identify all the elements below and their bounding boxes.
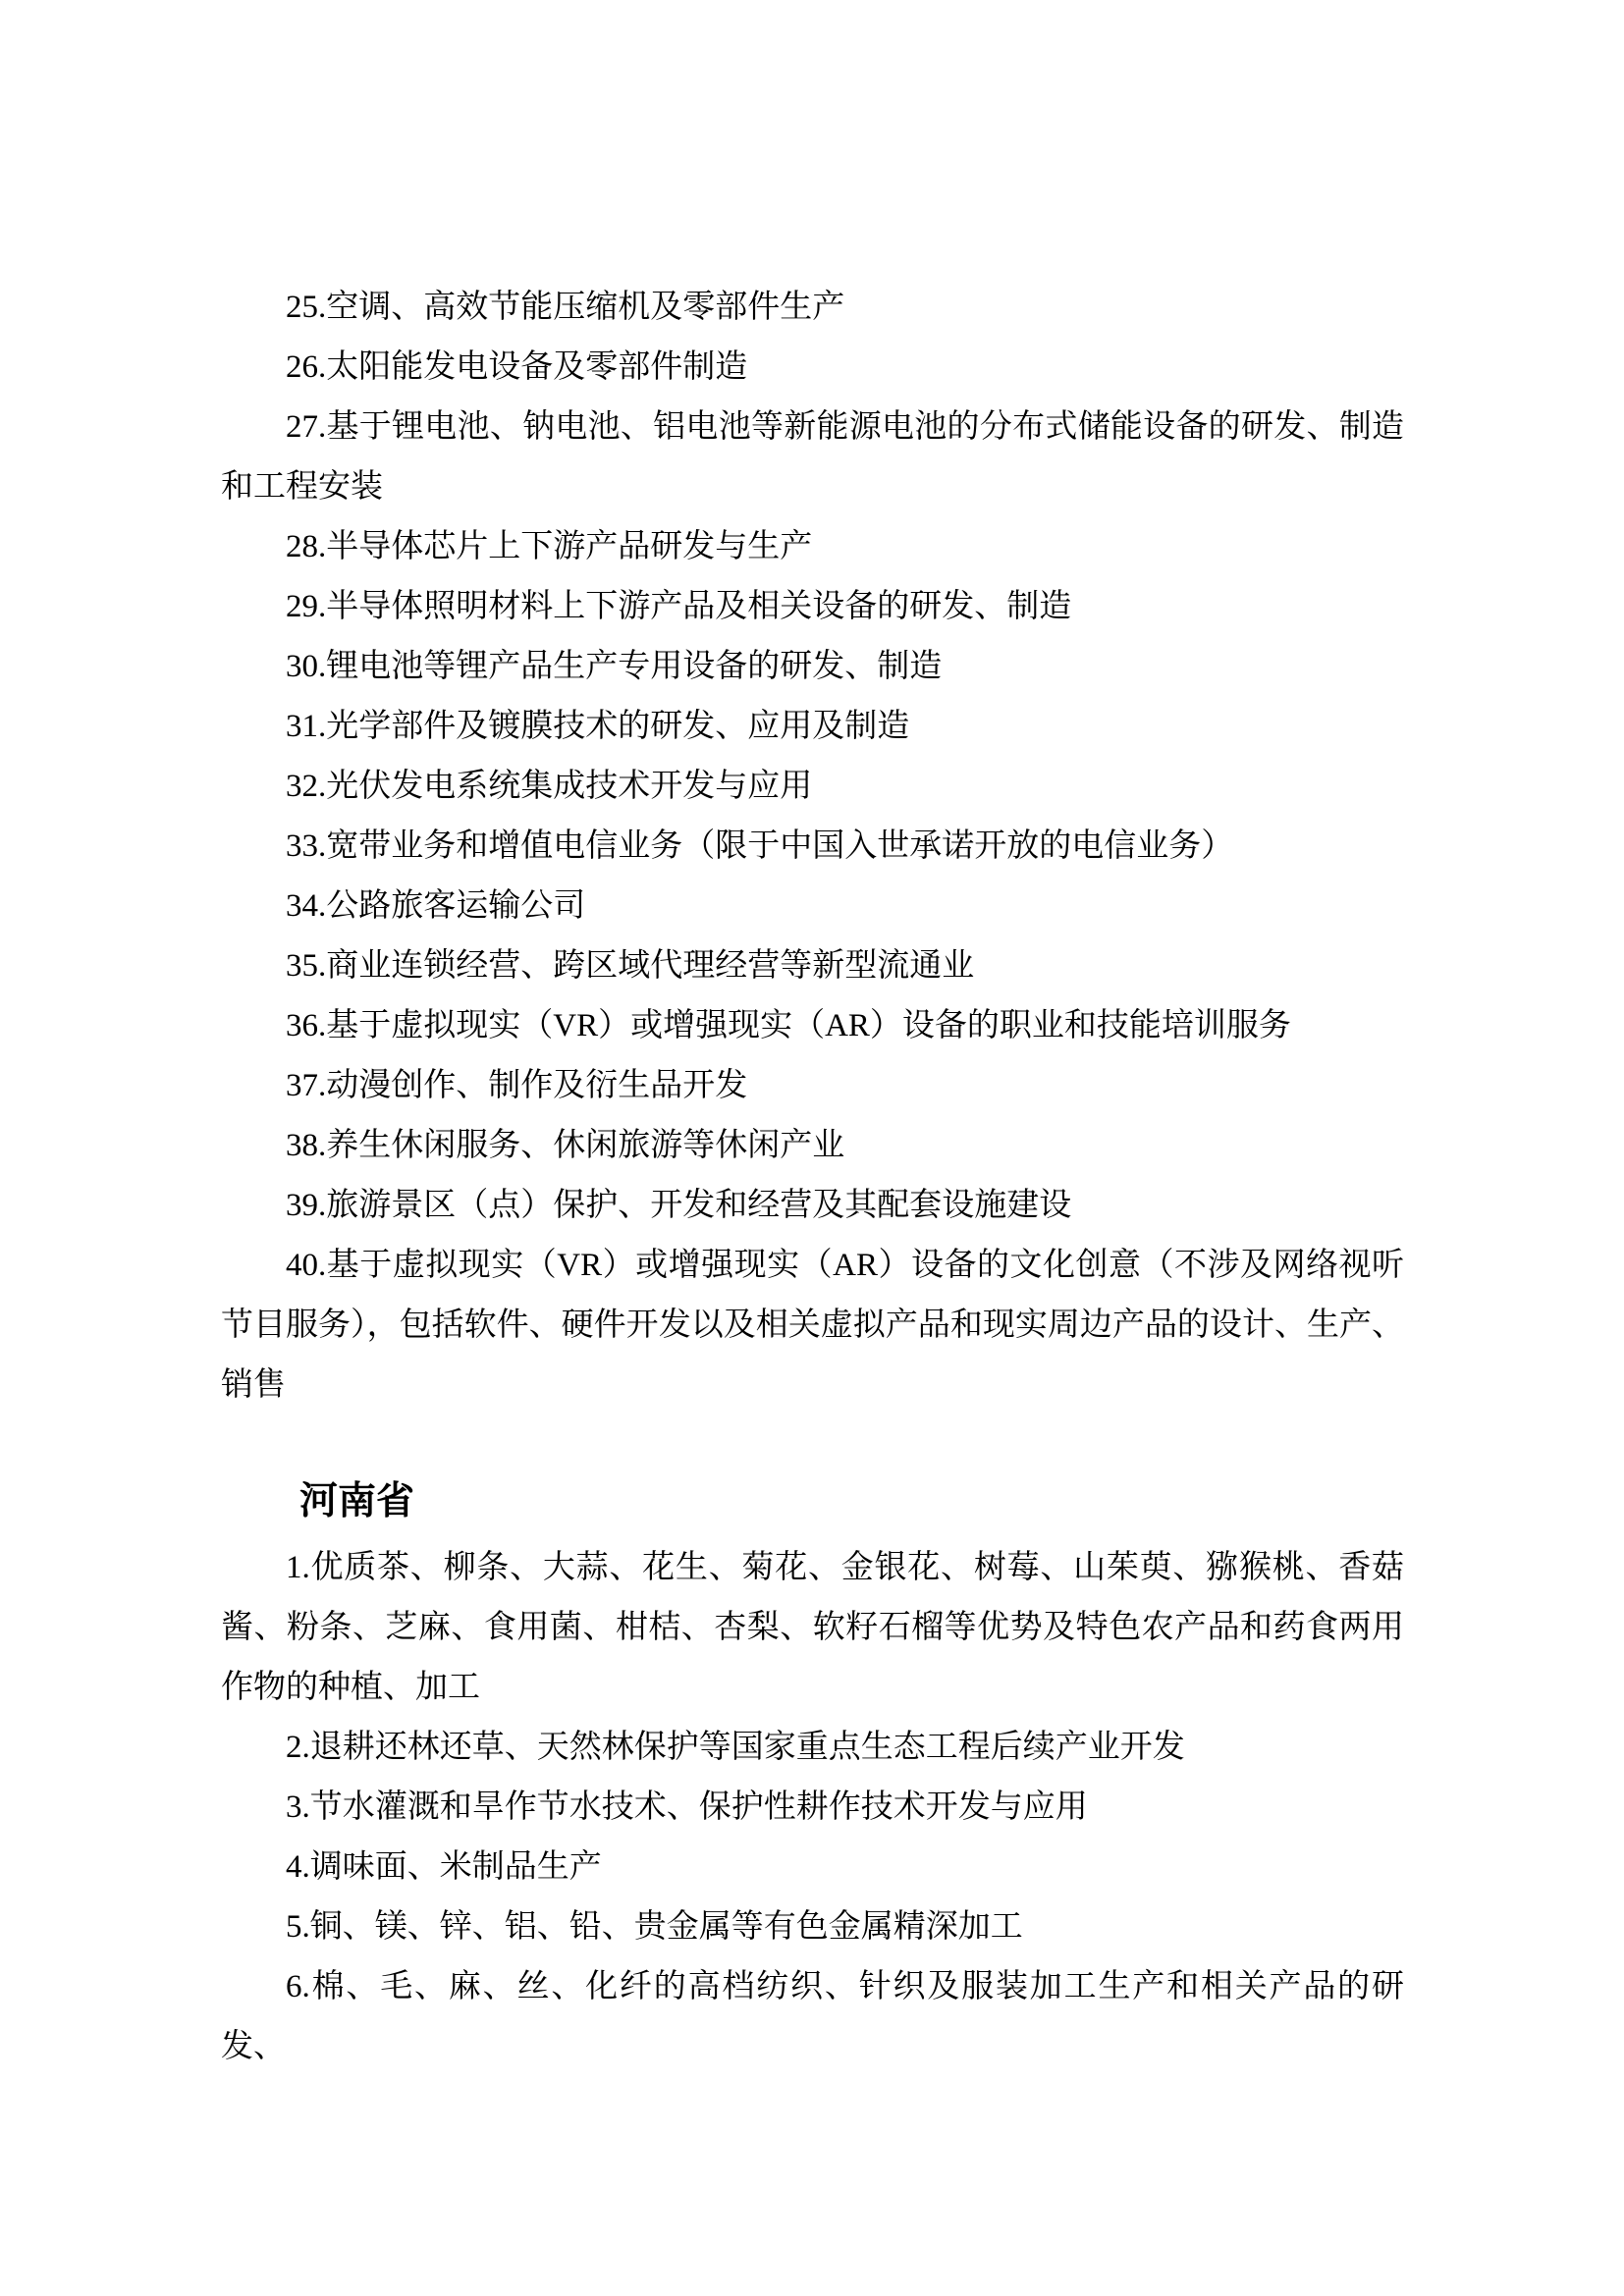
list-item: 3.节水灌溉和旱作节水技术、保护性耕作技术开发与应用 bbox=[221, 1778, 1404, 1838]
list-item: 27.基于锂电池、钠电池、铝电池等新能源电池的分布式储能设备的研发、制造和工程安… bbox=[221, 398, 1404, 517]
item-number: 40. bbox=[286, 1248, 326, 1283]
item-number: 25. bbox=[286, 290, 326, 325]
item-number: 35. bbox=[286, 948, 326, 984]
section-heading-henan: 河南省 bbox=[221, 1465, 1404, 1538]
list-item: 28.半导体芯片上下游产品研发与生产 bbox=[221, 517, 1404, 577]
list-item: 31.光学部件及镀膜技术的研发、应用及制造 bbox=[221, 697, 1404, 757]
item-text: 退耕还林还草、天然林保护等国家重点生态工程后续产业开发 bbox=[310, 1730, 1185, 1765]
item-number: 30. bbox=[286, 649, 326, 684]
list-item: 37.动漫创作、制作及衍生品开发 bbox=[221, 1056, 1404, 1116]
item-number: 2. bbox=[286, 1730, 310, 1765]
item-text: 棉、毛、麻、丝、化纤的高档纺织、针织及服装加工生产和相关产品的研发、 bbox=[221, 1969, 1404, 2064]
item-number: 26. bbox=[286, 349, 326, 385]
item-number: 27. bbox=[286, 409, 326, 445]
list-item: 38.养生休闲服务、休闲旅游等休闲产业 bbox=[221, 1116, 1404, 1176]
item-text: 基于虚拟现实（VR）或增强现实（AR）设备的职业和技能培训服务 bbox=[326, 1008, 1291, 1043]
item-number: 38. bbox=[286, 1128, 326, 1163]
item-text: 节水灌溉和旱作节水技术、保护性耕作技术开发与应用 bbox=[310, 1789, 1088, 1825]
item-number: 31. bbox=[286, 709, 326, 744]
item-text: 基于锂电池、钠电池、铝电池等新能源电池的分布式储能设备的研发、制造和工程安装 bbox=[221, 409, 1404, 505]
item-number: 6. bbox=[286, 1969, 310, 2004]
item-text: 锂电池等锂产品生产专用设备的研发、制造 bbox=[326, 649, 942, 684]
list-item: 36.基于虚拟现实（VR）或增强现实（AR）设备的职业和技能培训服务 bbox=[221, 996, 1404, 1056]
item-text: 半导体照明材料上下游产品及相关设备的研发、制造 bbox=[326, 589, 1071, 624]
item-text: 商业连锁经营、跨区域代理经营等新型流通业 bbox=[326, 948, 974, 984]
item-text: 空调、高效节能压缩机及零部件生产 bbox=[326, 290, 844, 325]
list-item: 40.基于虚拟现实（VR）或增强现实（AR）设备的文化创意（不涉及网络视听节目服… bbox=[221, 1236, 1404, 1415]
item-text: 养生休闲服务、休闲旅游等休闲产业 bbox=[326, 1128, 844, 1163]
item-number: 1. bbox=[286, 1550, 310, 1585]
item-text: 半导体芯片上下游产品研发与生产 bbox=[326, 529, 812, 564]
item-text: 旅游景区（点）保护、开发和经营及其配套设施建设 bbox=[326, 1188, 1071, 1223]
list-item: 4.调味面、米制品生产 bbox=[221, 1838, 1404, 1897]
item-number: 4. bbox=[286, 1849, 310, 1885]
item-number: 32. bbox=[286, 769, 326, 804]
item-text: 太阳能发电设备及零部件制造 bbox=[326, 349, 747, 385]
item-number: 37. bbox=[286, 1068, 326, 1103]
item-number: 28. bbox=[286, 529, 326, 564]
list-item: 6.棉、毛、麻、丝、化纤的高档纺织、针织及服装加工生产和相关产品的研发、 bbox=[221, 1957, 1404, 2077]
item-text: 宽带业务和增值电信业务（限于中国入世承诺开放的电信业务） bbox=[326, 828, 1233, 864]
list-item: 26.太阳能发电设备及零部件制造 bbox=[221, 338, 1404, 398]
list-item: 33.宽带业务和增值电信业务（限于中国入世承诺开放的电信业务） bbox=[221, 817, 1404, 877]
item-number: 39. bbox=[286, 1188, 326, 1223]
document-page: 25.空调、高效节能压缩机及零部件生产 26.太阳能发电设备及零部件制造 27.… bbox=[0, 0, 1624, 2296]
item-text: 动漫创作、制作及衍生品开发 bbox=[326, 1068, 747, 1103]
item-text: 调味面、米制品生产 bbox=[310, 1849, 602, 1885]
item-number: 5. bbox=[286, 1909, 310, 1945]
item-text: 光伏发电系统集成技术开发与应用 bbox=[326, 769, 812, 804]
list-item: 30.锂电池等锂产品生产专用设备的研发、制造 bbox=[221, 637, 1404, 697]
list-item: 2.退耕还林还草、天然林保护等国家重点生态工程后续产业开发 bbox=[221, 1718, 1404, 1778]
item-number: 36. bbox=[286, 1008, 326, 1043]
item-text: 优质茶、柳条、大蒜、花生、菊花、金银花、树莓、山茱萸、猕猴桃、香菇酱、粉条、芝麻… bbox=[221, 1550, 1404, 1705]
item-text: 基于虚拟现实（VR）或增强现实（AR）设备的文化创意（不涉及网络视听节目服务），… bbox=[221, 1248, 1404, 1403]
list-item: 39.旅游景区（点）保护、开发和经营及其配套设施建设 bbox=[221, 1176, 1404, 1236]
list-item: 25.空调、高效节能压缩机及零部件生产 bbox=[221, 278, 1404, 338]
item-number: 3. bbox=[286, 1789, 310, 1825]
item-number: 29. bbox=[286, 589, 326, 624]
item-number: 34. bbox=[286, 888, 326, 924]
list-item: 34.公路旅客运输公司 bbox=[221, 877, 1404, 936]
list-item: 32.光伏发电系统集成技术开发与应用 bbox=[221, 757, 1404, 817]
list-item: 29.半导体照明材料上下游产品及相关设备的研发、制造 bbox=[221, 577, 1404, 637]
list-item: 1.优质茶、柳条、大蒜、花生、菊花、金银花、树莓、山茱萸、猕猴桃、香菇酱、粉条、… bbox=[221, 1538, 1404, 1718]
item-text: 公路旅客运输公司 bbox=[326, 888, 585, 924]
list-item: 5.铜、镁、锌、铝、铅、贵金属等有色金属精深加工 bbox=[221, 1897, 1404, 1957]
item-text: 铜、镁、锌、铝、铅、贵金属等有色金属精深加工 bbox=[310, 1909, 1023, 1945]
list-item: 35.商业连锁经营、跨区域代理经营等新型流通业 bbox=[221, 936, 1404, 996]
item-text: 光学部件及镀膜技术的研发、应用及制造 bbox=[326, 709, 909, 744]
item-number: 33. bbox=[286, 828, 326, 864]
